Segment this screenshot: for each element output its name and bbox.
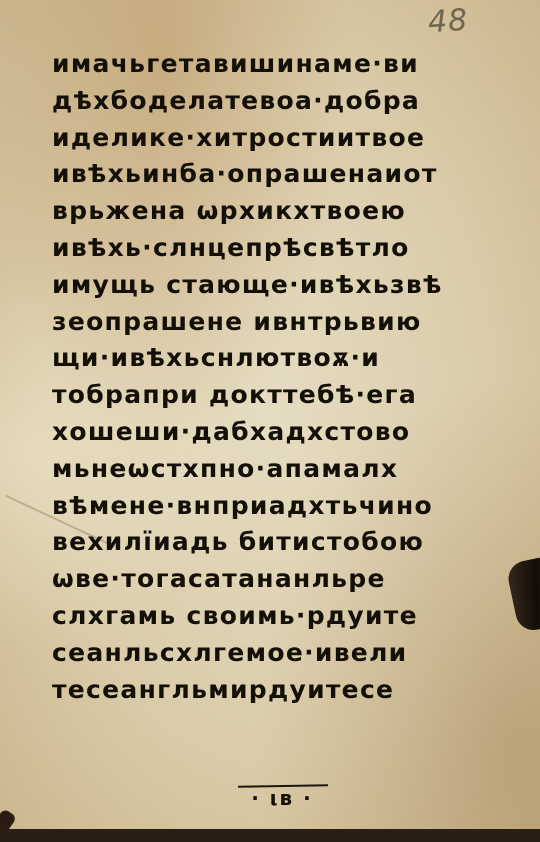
text-line: ивѣхь·слнцепрѣсвѣтло: [52, 230, 522, 267]
text-line: иделике·хитростиитвое: [52, 120, 522, 157]
text-line: хошеши·дабхадхстово: [52, 414, 522, 451]
text-line: ѡве·тогасатананльре: [52, 561, 522, 598]
pen-tip-icon: [0, 808, 17, 829]
text-line: зеопрашене ивнтрьвию: [52, 304, 522, 341]
text-line: имачьгетавишинаме·ви: [52, 46, 522, 83]
text-line: тесеангльмирдуитесе: [52, 672, 522, 709]
text-line: щи·ивѣхьснлютвоѫ·и: [52, 340, 522, 377]
text-line: слхгамь своимь·рдуите: [52, 598, 522, 635]
text-line: сеанльсхлгемое·ивели: [52, 635, 522, 672]
text-line: вехилїиадь битистобою: [52, 524, 522, 561]
text-line: тобрапри докттебѣ·ега: [52, 377, 522, 414]
manuscript-page: 48 имачьгетавишинаме·ви дѣхбоделатевоа·д…: [0, 0, 540, 829]
text-line: врьжена ѡрхикхтвоею: [52, 193, 522, 230]
text-line: дѣхбоделатевоа·добра: [52, 83, 522, 120]
text-line: мьнеѡстхпно·апамалх: [52, 451, 522, 488]
text-line: ивѣхьинба·опрашенаиот: [52, 156, 522, 193]
folio-number: 48: [427, 3, 470, 41]
manuscript-text-block: имачьгетавишинаме·ви дѣхбоделатевоа·добр…: [52, 46, 522, 708]
text-line: вѣмене·внприадхтьчино: [52, 488, 522, 525]
text-line: имущь стающе·ивѣхьзвѣ: [52, 267, 522, 304]
page-signature: · ιв ·: [232, 786, 332, 810]
